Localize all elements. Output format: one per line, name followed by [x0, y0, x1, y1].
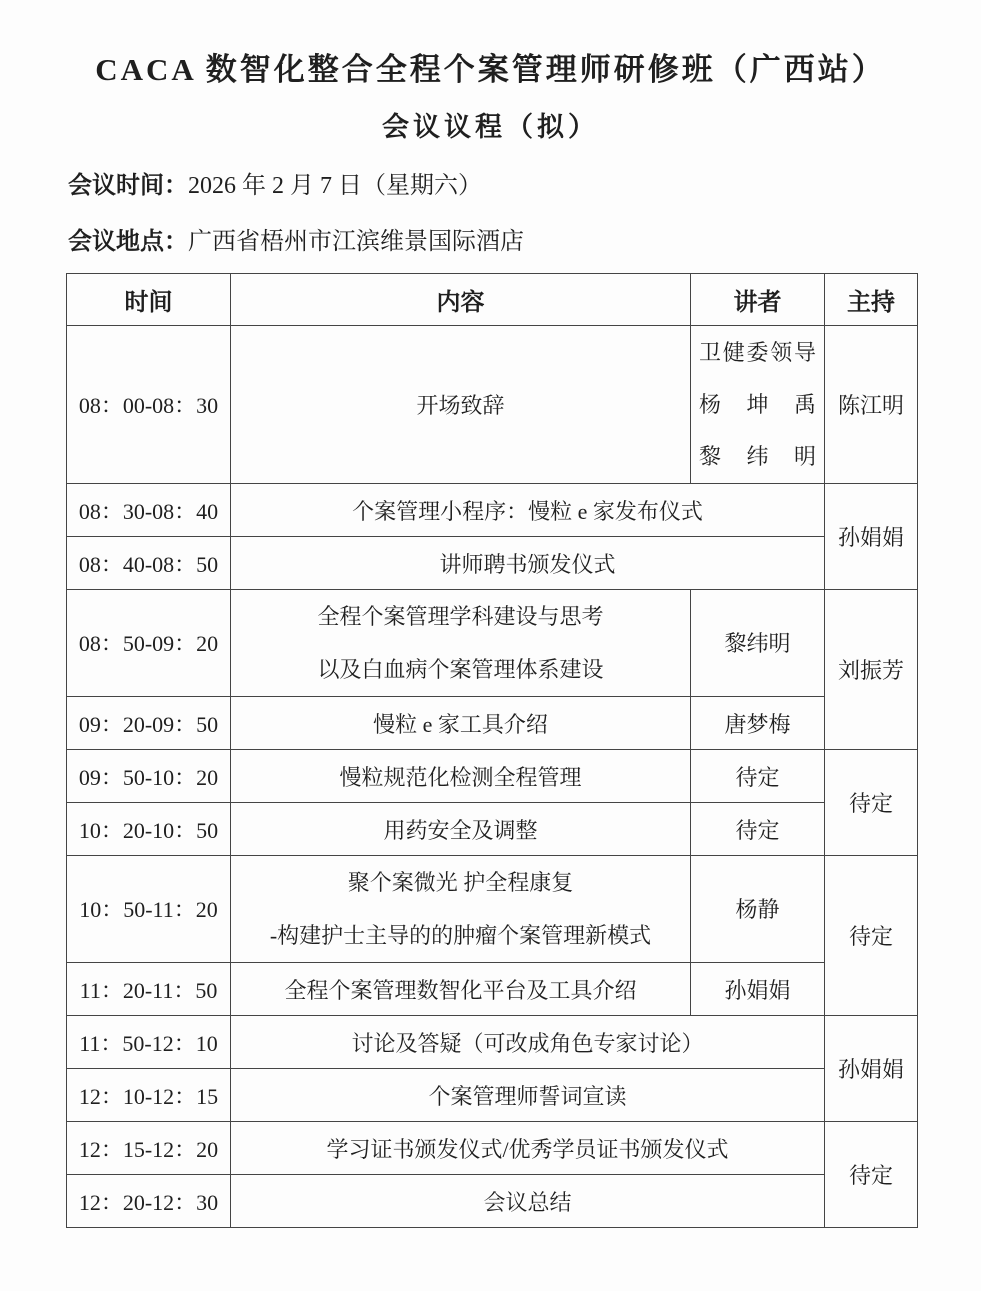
time-cell: 10：20-10：50 [67, 803, 231, 856]
host-cell: 待定 [825, 750, 918, 856]
agenda-row-7: 10：20-10：50 用药安全及调整 待定 [67, 803, 918, 856]
agenda-row-5: 09：20-09：50 慢粒 e 家工具介绍 唐梦梅 [67, 697, 918, 750]
content-cell: 慢粒规范化检测全程管理 [231, 750, 691, 803]
host-cell: 待定 [825, 1122, 918, 1228]
content-cell: 用药安全及调整 [231, 803, 691, 856]
speaker-cell: 杨静 [691, 856, 825, 963]
agenda-row-11: 12：10-12：15 个案管理师誓词宣读 [67, 1069, 918, 1122]
speaker-text: 杨静 [691, 883, 824, 936]
time-cell: 11：20-11：50 [67, 963, 231, 1016]
content-cell: 个案管理小程序：慢粒 e 家发布仪式 [231, 484, 825, 537]
content-cell: 开场致辞 [231, 326, 691, 484]
time-cell: 09：20-09：50 [67, 697, 231, 750]
speaker-cell: 卫健委领导 杨 坤 禹 黎 纬 明 [691, 326, 825, 484]
time-cell: 10：50-11：20 [67, 856, 231, 963]
speaker-line: 杨 坤 禹 [691, 379, 824, 431]
content-cell: 学习证书颁发仪式/优秀学员证书颁发仪式 [231, 1122, 825, 1175]
content-cell: 个案管理师誓词宣读 [231, 1069, 825, 1122]
agenda-row-10: 11：50-12：10 讨论及答疑（可改成角色专家讨论） 孙娟娟 [67, 1016, 918, 1069]
header-cell-speaker: 讲者 [691, 274, 825, 326]
agenda-table: 时间 内容 讲者 主持 08：00-08：30 开场致辞 卫健委领导 杨 坤 禹… [66, 273, 918, 1228]
speaker-cell: 黎纬明 [691, 590, 825, 697]
time-cell: 11：50-12：10 [67, 1016, 231, 1069]
time-cell: 12：15-12：20 [67, 1122, 231, 1175]
time-text: 10：50-11：20 [67, 883, 230, 936]
host-cell: 孙娟娟 [825, 484, 918, 590]
host-cell: 待定 [825, 856, 918, 1016]
agenda-row-8: 10：50-11：20 聚个案微光 护全程康复 -构建护士主导的的肿瘤个案管理新… [67, 856, 918, 963]
time-cell: 12：10-12：15 [67, 1069, 231, 1122]
agenda-row-2: 08：30-08：40 个案管理小程序：慢粒 e 家发布仪式 孙娟娟 [67, 484, 918, 537]
time-cell: 08：50-09：20 [67, 590, 231, 697]
time-text: 08：50-09：20 [67, 617, 230, 670]
content-cell: 全程个案管理数智化平台及工具介绍 [231, 963, 691, 1016]
speaker-cell: 待定 [691, 750, 825, 803]
agenda-row-13: 12：20-12：30 会议总结 [67, 1175, 918, 1228]
agenda-row-12: 12：15-12：20 学习证书颁发仪式/优秀学员证书颁发仪式 待定 [67, 1122, 918, 1175]
content-cell: 讨论及答疑（可改成角色专家讨论） [231, 1016, 825, 1069]
content-cell: 会议总结 [231, 1175, 825, 1228]
meeting-place-line: 会议地点：广西省梧州市江滨维景国际酒店 [0, 228, 981, 256]
content-line: 全程个案管理学科建设与思考 [231, 590, 690, 643]
agenda-row-3: 08：40-08：50 讲师聘书颁发仪式 [67, 537, 918, 590]
content-cell: 全程个案管理学科建设与思考 以及白血病个案管理体系建设 [231, 590, 691, 697]
header-cell-host: 主持 [825, 274, 918, 326]
document-title: CACA 数智化整合全程个案管理师研修班（广西站） [34, 50, 947, 90]
header-cell-content: 内容 [231, 274, 691, 326]
speaker-line: 卫健委领导 [691, 327, 824, 379]
speaker-cell: 待定 [691, 803, 825, 856]
document-page: CACA 数智化整合全程个案管理师研修班（广西站） 会议议程（拟） 会议时间：2… [0, 0, 981, 1291]
time-cell: 08：00-08：30 [67, 326, 231, 484]
document-subtitle: 会议议程（拟） [0, 110, 981, 144]
agenda-row-4: 08：50-09：20 全程个案管理学科建设与思考 以及白血病个案管理体系建设 … [67, 590, 918, 697]
speaker-line: 黎 纬 明 [691, 431, 824, 483]
host-cell: 孙娟娟 [825, 1016, 918, 1122]
time-cell: 08：40-08：50 [67, 537, 231, 590]
meeting-time-value: 2026 年 2 月 7 日（星期六） [188, 173, 482, 199]
host-cell: 刘振芳 [825, 590, 918, 750]
agenda-row-9: 11：20-11：50 全程个案管理数智化平台及工具介绍 孙娟娟 [67, 963, 918, 1016]
speaker-text: 黎纬明 [691, 617, 824, 670]
content-line: -构建护士主导的的肿瘤个案管理新模式 [231, 909, 690, 962]
header-cell-time: 时间 [67, 274, 231, 326]
content-cell: 聚个案微光 护全程康复 -构建护士主导的的肿瘤个案管理新模式 [231, 856, 691, 963]
content-cell: 慢粒 e 家工具介绍 [231, 697, 691, 750]
time-cell: 12：20-12：30 [67, 1175, 231, 1228]
speaker-cell: 唐梦梅 [691, 697, 825, 750]
time-cell: 08：30-08：40 [67, 484, 231, 537]
agenda-row-1: 08：00-08：30 开场致辞 卫健委领导 杨 坤 禹 黎 纬 明 陈江明 [67, 326, 918, 484]
speaker-cell: 孙娟娟 [691, 963, 825, 1016]
content-line: 以及白血病个案管理体系建设 [231, 643, 690, 696]
meeting-time-line: 会议时间：2026 年 2 月 7 日（星期六） [0, 172, 981, 200]
table-header-row: 时间 内容 讲者 主持 [67, 274, 918, 326]
agenda-row-6: 09：50-10：20 慢粒规范化检测全程管理 待定 待定 [67, 750, 918, 803]
host-cell: 陈江明 [825, 326, 918, 484]
content-line: 聚个案微光 护全程康复 [231, 856, 690, 909]
content-cell: 讲师聘书颁发仪式 [231, 537, 825, 590]
meeting-place-value: 广西省梧州市江滨维景国际酒店 [188, 229, 524, 255]
meeting-place-label: 会议地点： [68, 229, 188, 255]
meeting-time-label: 会议时间： [68, 173, 188, 199]
time-cell: 09：50-10：20 [67, 750, 231, 803]
